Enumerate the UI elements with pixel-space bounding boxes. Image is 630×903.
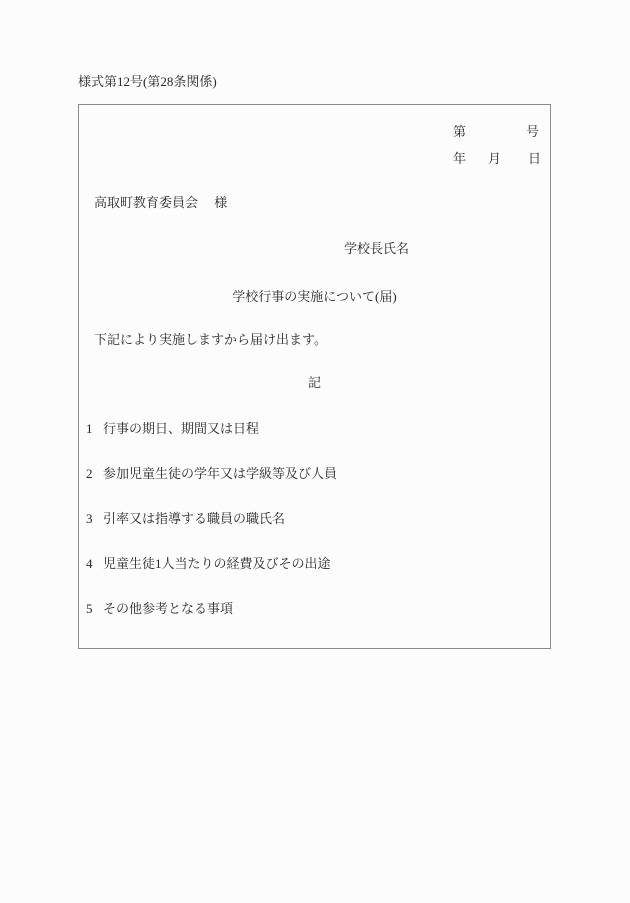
- item-label: 児童生徒1人当たりの経費及びその出途: [103, 556, 331, 572]
- item-number: 2: [86, 466, 103, 482]
- addressee-honorific: 様: [214, 195, 227, 210]
- item-label: 参加児童生徒の学年又は学級等及び人員: [103, 466, 337, 482]
- list-item: 1 行事の期日、期間又は日程: [86, 421, 337, 437]
- list-item: 5 その他参考となる事項: [86, 601, 337, 617]
- list-item: 2 参加児童生徒の学年又は学級等及び人員: [86, 466, 337, 482]
- addressee-name: 高取町教育委員会: [94, 195, 198, 210]
- month-label: 月: [488, 151, 501, 167]
- item-number: 3: [86, 511, 103, 527]
- year-label: 年: [453, 151, 466, 167]
- number-suffix-label: 号: [526, 124, 539, 140]
- form-number-label: 様式第12号(第28条関係): [78, 74, 217, 90]
- item-label: その他参考となる事項: [103, 601, 233, 617]
- item-number: 1: [86, 421, 103, 437]
- list-item: 4 児童生徒1人当たりの経費及びその出途: [86, 556, 337, 572]
- list-item: 3 引率又は指導する職員の職氏名: [86, 511, 337, 527]
- document-body-text: 下記により実施しますから届け出ます。: [94, 332, 327, 348]
- item-list: 1 行事の期日、期間又は日程 2 参加児童生徒の学年又は学級等及び人員 3 引率…: [86, 421, 337, 617]
- item-number: 4: [86, 556, 103, 572]
- number-prefix-label: 第: [453, 124, 466, 140]
- addressee-line: 高取町教育委員会 様: [94, 195, 227, 211]
- document-border-box: 第 号 年 月 日 高取町教育委員会 様 学校長氏名 学校行事の実施について(届…: [78, 104, 551, 649]
- item-label: 行事の期日、期間又は日程: [103, 421, 259, 437]
- list-marker-ki: 記: [79, 375, 550, 391]
- principal-signature-label: 学校長氏名: [344, 241, 409, 257]
- document-title: 学校行事の実施について(届): [79, 289, 550, 305]
- document-page: 様式第12号(第28条関係) 第 号 年 月 日 高取町教育委員会 様 学校長氏…: [0, 0, 630, 903]
- item-number: 5: [86, 601, 103, 617]
- item-label: 引率又は指導する職員の職氏名: [103, 511, 285, 527]
- day-label: 日: [528, 151, 541, 167]
